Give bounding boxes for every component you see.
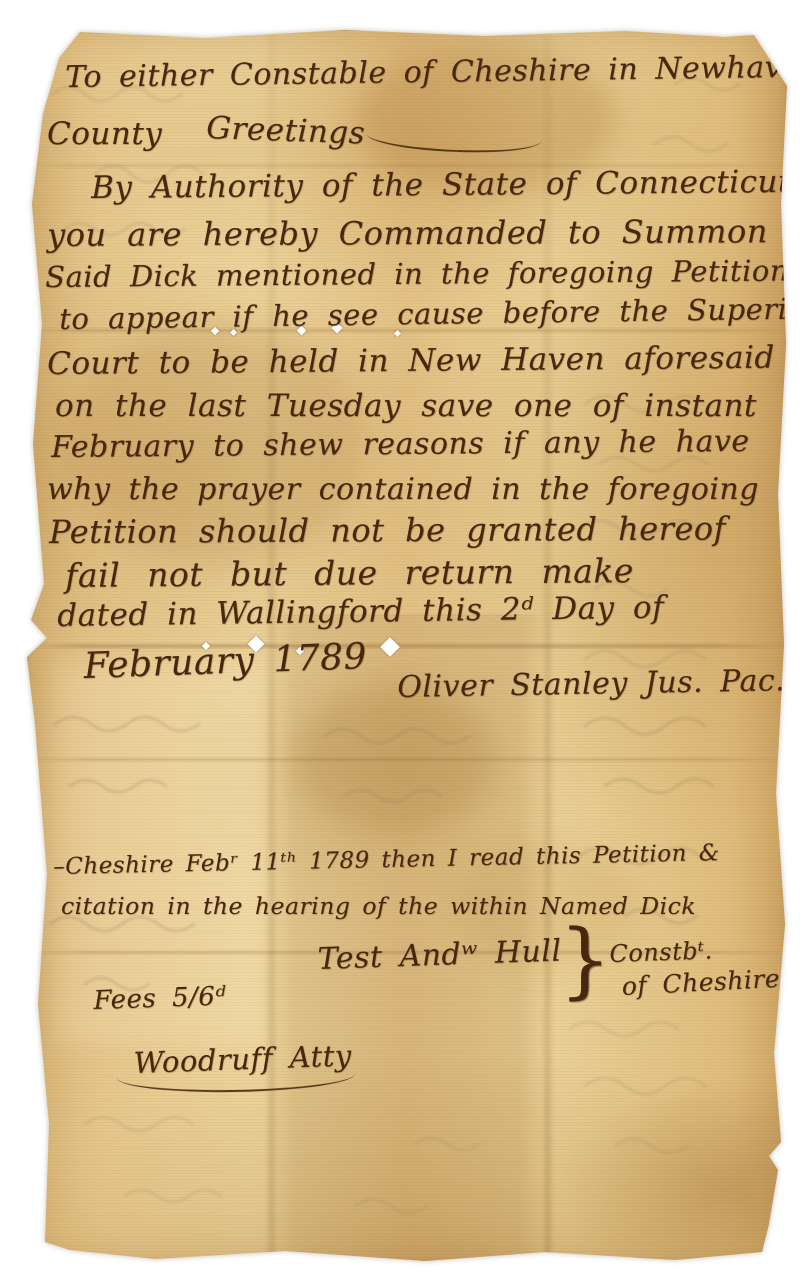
justice-signature: Oliver Stanley Jus. Pac. (397, 663, 785, 705)
body-line: By Authority of the State of Connecticut (91, 164, 791, 206)
salutation: Greetings (206, 110, 366, 152)
body-line: Court to be held in New Haven aforesaid (47, 340, 775, 382)
body-line: Said Dick mentioned in the foregoing Pet… (45, 254, 789, 294)
constable-office-line: Constbᵗ. (609, 936, 713, 968)
body-line: Petition should not be granted hereof (49, 509, 726, 551)
paper-top-edge (473, 26, 729, 30)
address-line: County (47, 116, 162, 152)
fees-note: Fees 5/6ᵈ (93, 981, 227, 1016)
body-line: why the prayer contained in the foregoin… (47, 472, 759, 507)
brace-glyph: } (559, 920, 612, 1002)
body-line: you are hereby Commanded to Summon (47, 212, 768, 254)
manuscript-paper: To either Constable of Cheshire in Newha… (25, 24, 788, 1264)
scan-background: To either Constable of Cheshire in Newha… (0, 0, 806, 1288)
manuscript-paper-wrap: To either Constable of Cheshire in Newha… (25, 24, 788, 1264)
body-line: fail not but due return make (65, 551, 634, 595)
paper-top-edge (97, 25, 457, 30)
body-line: February to shew reasons if any he have (51, 424, 750, 465)
body-line: on the last Tuesday save one of instant (55, 388, 757, 424)
